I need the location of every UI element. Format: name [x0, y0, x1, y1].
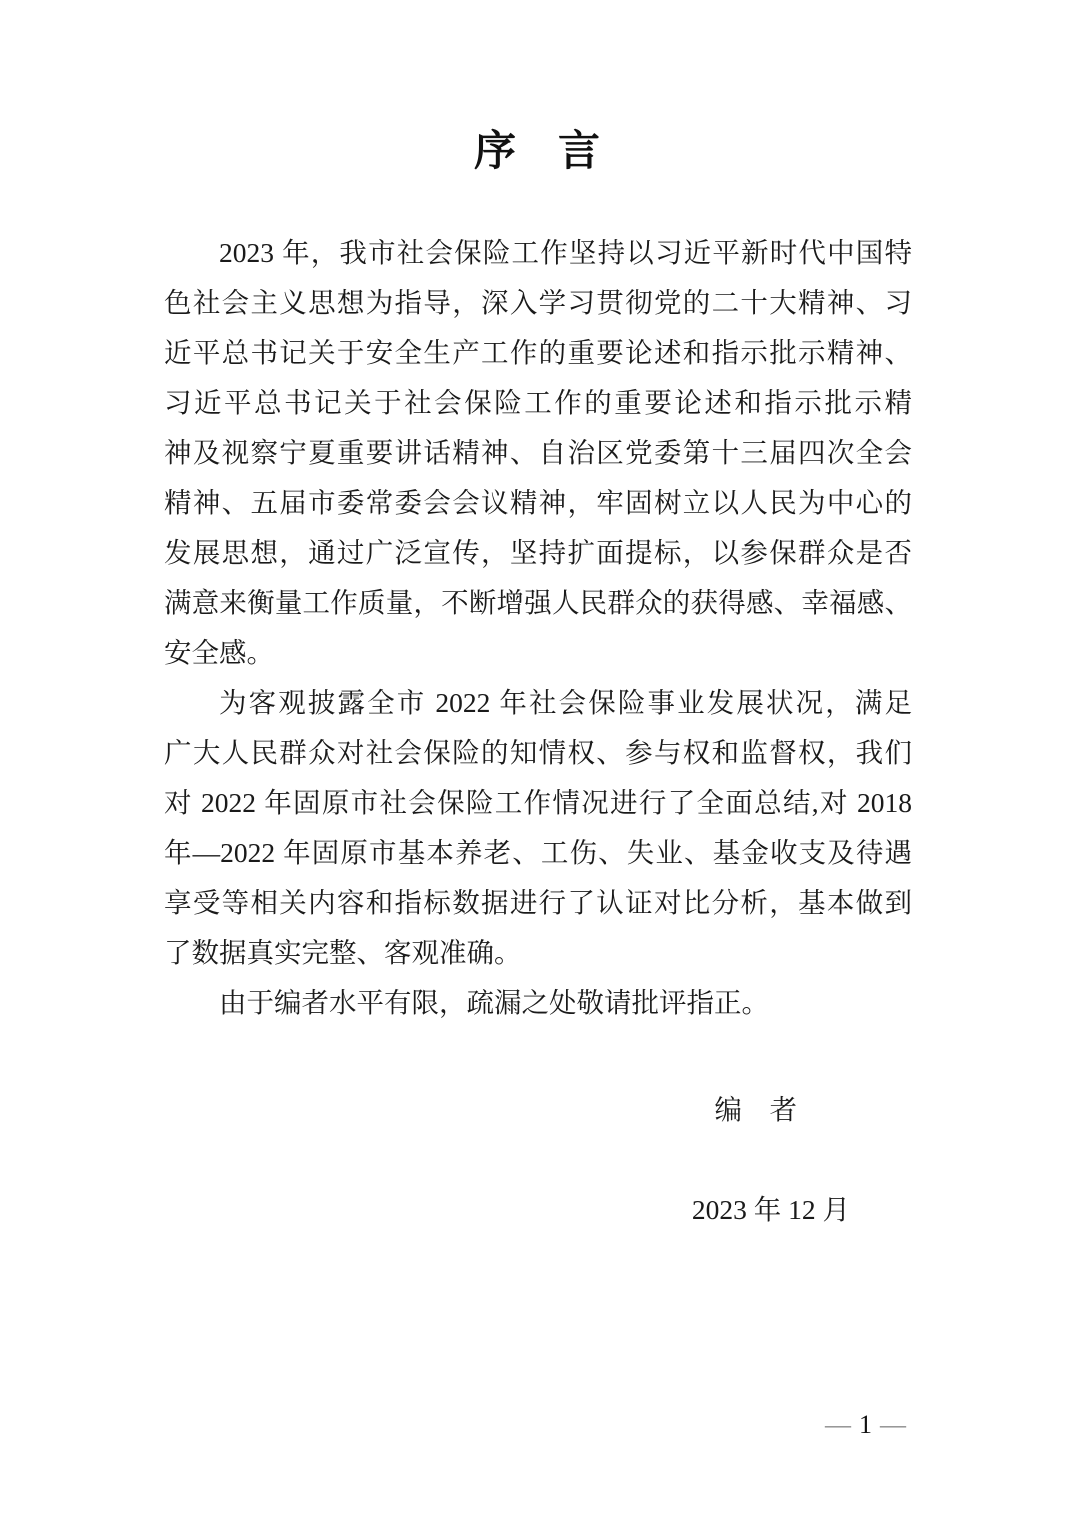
text-line: 近平总书记关于安全生产工作的重要论述和指示批示精神、 — [164, 328, 912, 378]
text-line: 了数据真实完整、客观准确。 — [164, 928, 912, 978]
text-line: 对 2022 年固原市社会保险工作情况进行了全面总结,对 2018 — [164, 778, 912, 828]
text-line: 满意来衡量工作质量，不断增强人民群众的获得感、幸福感、 — [164, 578, 912, 628]
text-line: 2023 年，我市社会保险工作坚持以习近平新时代中国特 — [164, 228, 912, 278]
page-title: 序 言 — [0, 124, 1074, 180]
text-line: 享受等相关内容和指标数据进行了认证对比分析，基本做到 — [164, 878, 912, 928]
text-line: 发展思想，通过广泛宣传，坚持扩面提标，以参保群众是否 — [164, 528, 912, 578]
page-number-dash-right: — — [872, 1410, 914, 1439]
text-line: 安全感。 — [164, 628, 912, 678]
preface-body: 2023 年，我市社会保险工作坚持以习近平新时代中国特色社会主义思想为指导，深入… — [164, 228, 912, 1028]
text-line: 为客观披露全市 2022 年社会保险事业发展状况，满足 — [164, 678, 912, 728]
page-number-dash-left: — — [817, 1410, 859, 1439]
text-line: 习近平总书记关于社会保险工作的重要论述和指示批示精 — [164, 378, 912, 428]
text-line: 神及视察宁夏重要讲话精神、自治区党委第十三届四次全会 — [164, 428, 912, 478]
page-number-value: 1 — [859, 1410, 872, 1439]
text-line: 由于编者水平有限，疏漏之处敬请批评指正。 — [164, 978, 912, 1028]
text-line: 广大人民群众对社会保险的知情权、参与权和监督权，我们 — [164, 728, 912, 778]
page-number: —1— — [817, 1400, 914, 1450]
text-line: 精神、五届市委常委会会议精神，牢固树立以人民为中心的 — [164, 478, 912, 528]
author-signature: 编 者 — [164, 1085, 912, 1135]
document-page: 序 言 2023 年，我市社会保险工作坚持以习近平新时代中国特色社会主义思想为指… — [0, 0, 1074, 1520]
text-line: 色社会主义思想为指导，深入学习贯彻党的二十大精神、习 — [164, 278, 912, 328]
publication-date: 2023 年 12 月 — [164, 1185, 912, 1235]
text-line: 年—2022 年固原市基本养老、工伤、失业、基金收支及待遇 — [164, 828, 912, 878]
